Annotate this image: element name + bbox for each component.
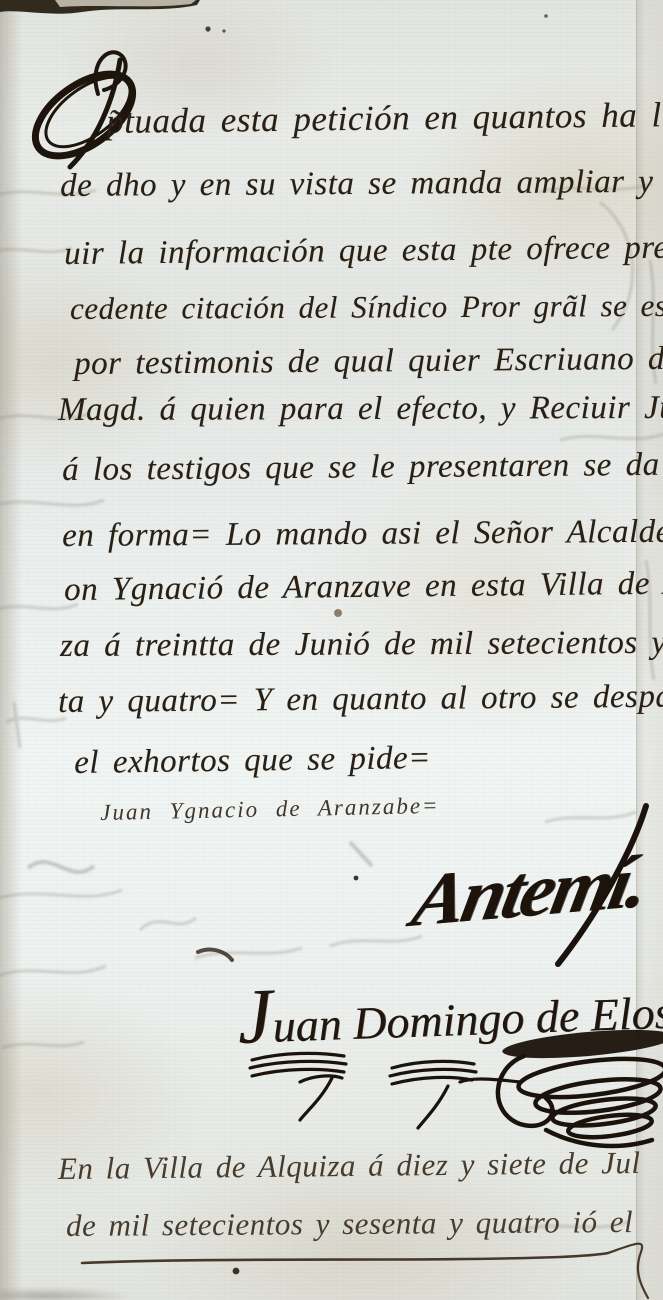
manuscript-line-12: el exhortos que se pide= xyxy=(74,740,431,782)
manuscript-line-11: ta y quatro= Y en quanto al otro se desp… xyxy=(58,679,663,721)
manuscript-page: p̃tuada esta petición en quantos ha luga… xyxy=(0,0,663,1300)
manuscript-line-8: en forma= Lo mando asi el Señor Alcalde xyxy=(62,514,663,555)
manuscript-line-4: cedente citación del Síndico Pror grãl s… xyxy=(70,288,663,327)
notary-signature: Juan Domingo de Elosta xyxy=(236,956,663,1062)
closing-line-1: En la Villa de Alquiza á diez y siete de… xyxy=(58,1145,641,1187)
manuscript-line-1: p̃tuada esta petición en quantos ha luga xyxy=(106,95,663,142)
ink-speck xyxy=(544,14,548,18)
ink-smudge xyxy=(198,950,232,960)
manuscript-line-5: por testimonis de qual quier Escriuano d… xyxy=(74,340,663,383)
bottom-rule xyxy=(82,1244,648,1298)
manuscript-line-9: on Ygnació de Aranzave en esta Villa de … xyxy=(64,565,663,609)
stain-dot xyxy=(334,609,342,617)
manuscript-line-10: za á treintta de Junió de mil seteciento… xyxy=(60,624,663,665)
ink-dot xyxy=(233,1268,240,1275)
manuscript-line-3: uir la información que esta pte ofrece p… xyxy=(64,230,663,273)
manuscript-line-6: Magd. á quien para el efecto, y Reciuir … xyxy=(58,390,663,429)
ink-dot xyxy=(354,876,359,881)
ink-speck xyxy=(222,29,225,32)
manuscript-line-7: á los testigos que se le presentaren se … xyxy=(62,446,663,489)
manuscript-line-2: de dho y en su vista se manda ampliar y … xyxy=(60,164,663,205)
closing-line-2: de mil setecientos y sesenta y quatro ió… xyxy=(66,1204,633,1244)
ink-speck xyxy=(205,26,210,31)
rubric-scribble-left xyxy=(250,1053,520,1128)
